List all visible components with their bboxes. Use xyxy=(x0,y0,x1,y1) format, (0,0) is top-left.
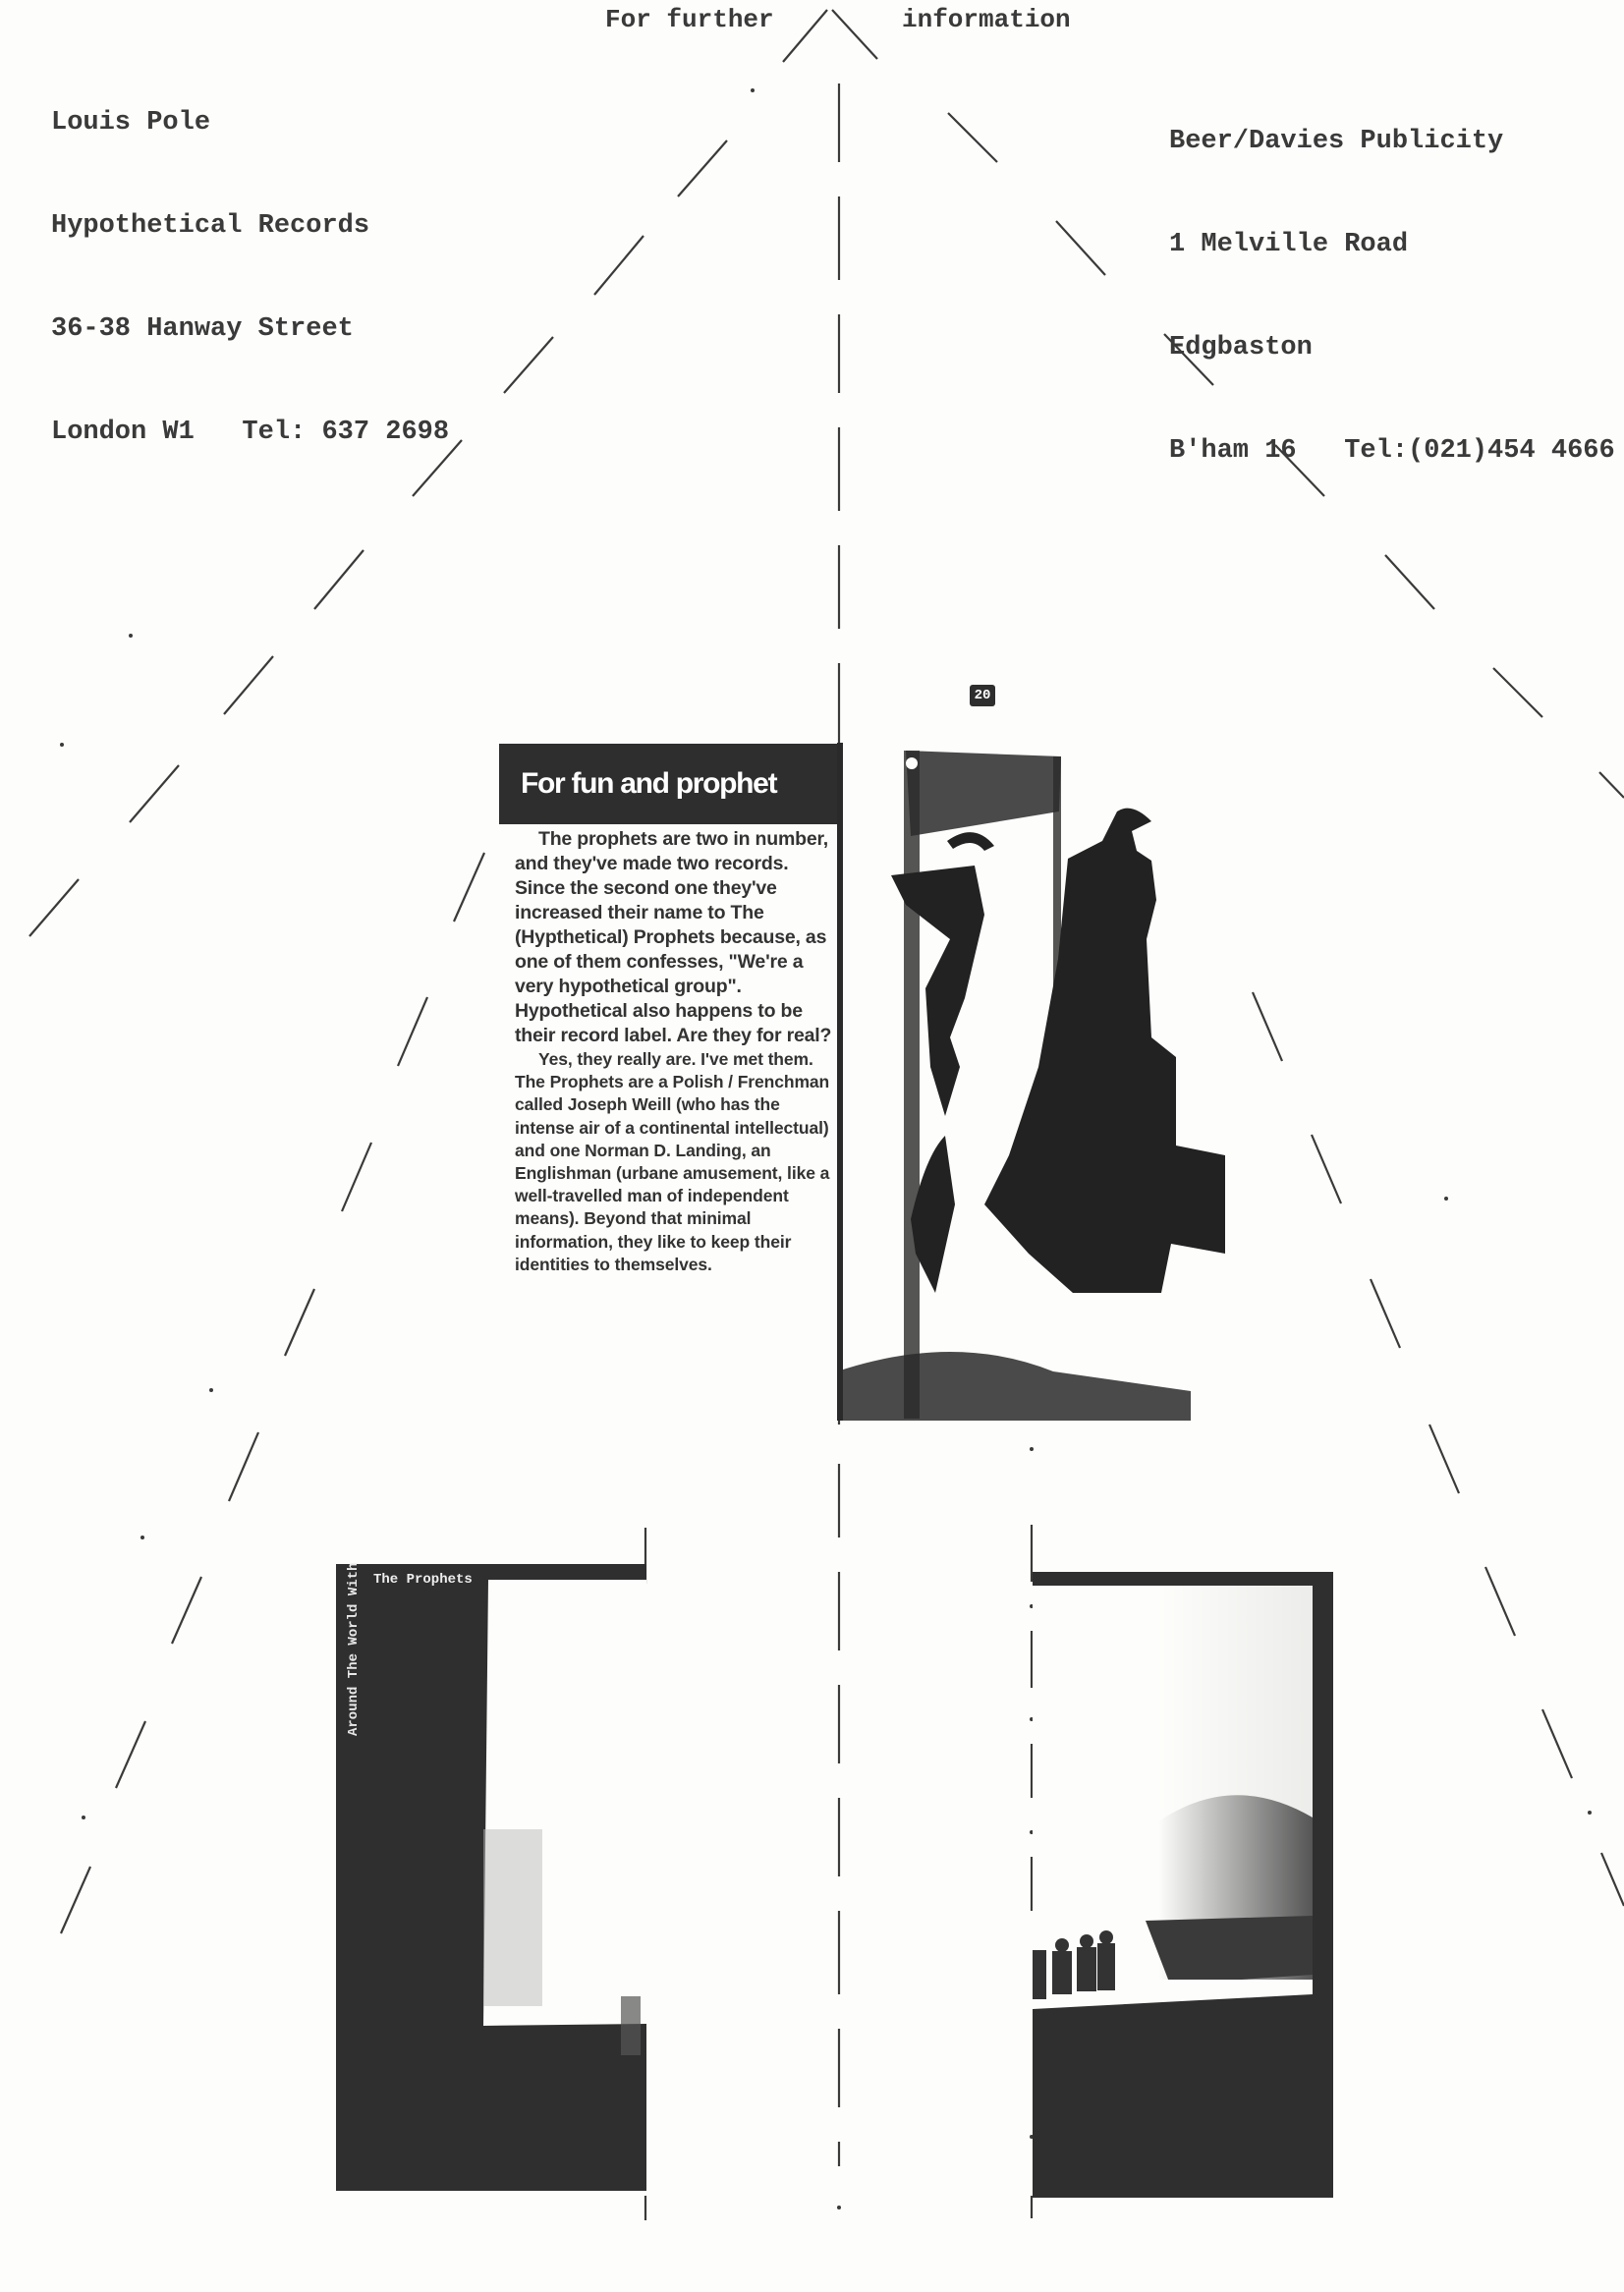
clipping-photo xyxy=(837,743,1250,1421)
contact-block-left: Louis Pole Hypothetical Records 36-38 Ha… xyxy=(51,37,449,484)
sleeve-left-art xyxy=(336,1564,646,2191)
sleeve-title: The Prophets xyxy=(373,1572,473,1588)
header-for-further: For further xyxy=(605,5,774,34)
contact-name: Louis Pole xyxy=(51,106,449,140)
sleeve-vertical-title: Around The World With xyxy=(346,1563,362,1736)
article-paragraph-2: Yes, they really are. I've met them. The… xyxy=(515,1048,837,1276)
header-information: information xyxy=(902,5,1071,34)
record-sleeve-left: The Prophets Around The World With xyxy=(336,1564,646,2191)
contact-city-phone: London W1 Tel: 637 2698 xyxy=(51,416,449,450)
contact-street: 1 Melville Road xyxy=(1169,228,1615,262)
sleeve-right-art xyxy=(1033,1572,1333,2198)
clipping-headline: For fun and prophet xyxy=(499,744,837,824)
article-paragraph-1: The prophets are two in number, and they… xyxy=(515,827,837,1048)
contact-name: Beer/Davies Publicity xyxy=(1169,125,1615,159)
contact-block-right: Beer/Davies Publicity 1 Melville Road Ed… xyxy=(1169,56,1615,503)
contact-city-phone: B'ham 16 Tel:(021)454 4666 xyxy=(1169,434,1615,469)
contact-area: Edgbaston xyxy=(1169,331,1615,365)
page-number-badge: 20 xyxy=(970,685,995,706)
clipping-article: The prophets are two in number, and they… xyxy=(499,824,837,1276)
contact-street: 36-38 Hanway Street xyxy=(51,312,449,347)
record-sleeve-right xyxy=(1033,1572,1333,2198)
contact-company: Hypothetical Records xyxy=(51,209,449,244)
press-clipping: For fun and prophet The prophets are two… xyxy=(499,744,837,1276)
